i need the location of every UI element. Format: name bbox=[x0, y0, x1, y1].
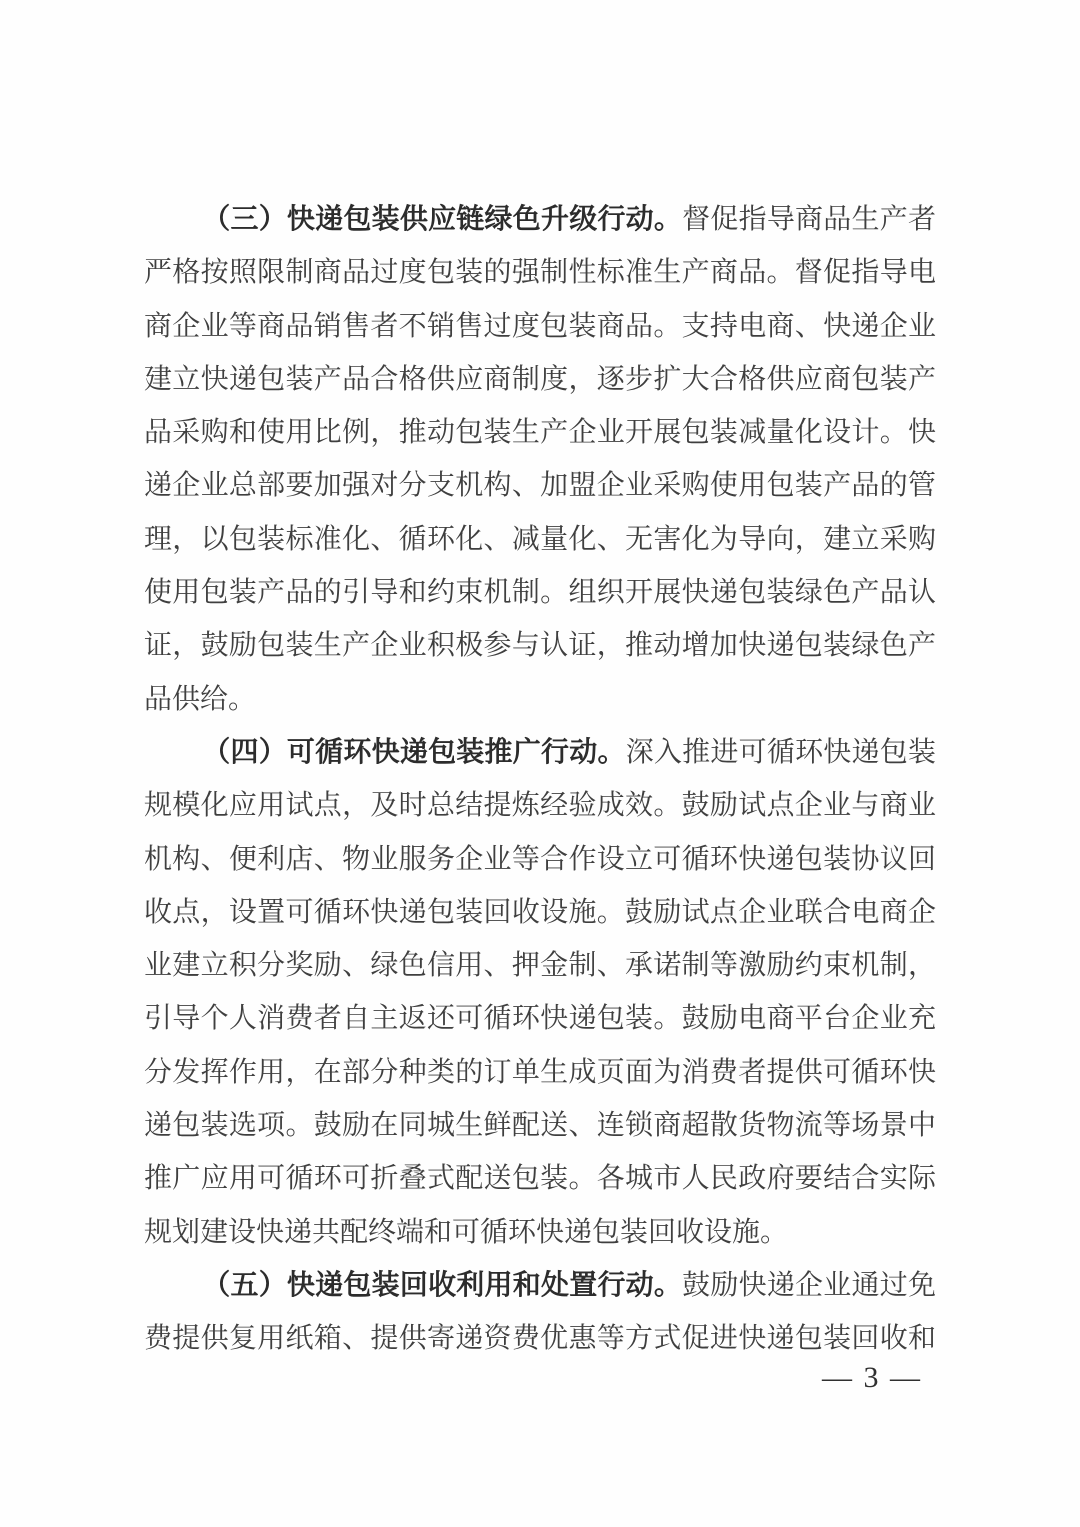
line-text: 费提供复用纸箱、提供寄递资费优惠等方式促进快递包装回收和 bbox=[144, 1323, 936, 1354]
paragraph-indent bbox=[144, 227, 202, 228]
text-line: 分发挥作用，在部分种类的订单生成页面为消费者提供可循环快 bbox=[144, 1046, 936, 1099]
paragraph-indent bbox=[144, 760, 202, 761]
line-text: 分发挥作用，在部分种类的订单生成页面为消费者提供可循环快 bbox=[144, 1057, 936, 1088]
text-line: 证，鼓励包装生产企业积极参与认证，推动增加快递包装绿色产 bbox=[144, 619, 936, 672]
line-text: 品采购和使用比例，推动包装生产企业开展包装减量化设计。快 bbox=[144, 417, 936, 448]
line-text: 严格按照限制商品过度包装的强制性标准生产商品。督促指导电 bbox=[144, 257, 936, 288]
text-line: 商企业等商品销售者不销售过度包装商品。支持电商、快递企业 bbox=[144, 300, 936, 353]
line-text: 商企业等商品销售者不销售过度包装商品。支持电商、快递企业 bbox=[144, 311, 936, 342]
text-line: 递企业总部要加强对分支机构、加盟企业采购使用包装产品的管 bbox=[144, 459, 936, 512]
page-number: — 3 — bbox=[822, 1360, 922, 1396]
text-line: 品采购和使用比例，推动包装生产企业开展包装减量化设计。快 bbox=[144, 406, 936, 459]
line-text: 递包装选项。鼓励在同城生鲜配送、连锁商超散货物流等场景中 bbox=[144, 1110, 936, 1141]
paragraph-indent bbox=[144, 1293, 202, 1294]
document-page: （三）快递包装供应链绿色升级行动。督促指导商品生产者严格按照限制商品过度包装的强… bbox=[0, 0, 1080, 1527]
text-line: 递包装选项。鼓励在同城生鲜配送、连锁商超散货物流等场景中 bbox=[144, 1099, 936, 1152]
text-line: （五）快递包装回收利用和处置行动。鼓励快递企业通过免 bbox=[144, 1259, 936, 1312]
line-text: 品供给。 bbox=[144, 684, 256, 715]
section-heading: （四）可循环快递包装推广行动。 bbox=[202, 737, 626, 768]
text-line: 建立快递包装产品合格供应商制度，逐步扩大合格供应商包装产 bbox=[144, 353, 936, 406]
line-text: 理，以包装标准化、循环化、减量化、无害化为导向，建立采购 bbox=[144, 524, 936, 555]
line-text: 使用包装产品的引导和约束机制。组织开展快递包装绿色产品认 bbox=[144, 577, 936, 608]
line-text: 递企业总部要加强对分支机构、加盟企业采购使用包装产品的管 bbox=[144, 470, 936, 501]
line-text: 深入推进可循环快递包装 bbox=[626, 737, 936, 768]
section-heading: （三）快递包装供应链绿色升级行动。 bbox=[202, 204, 682, 235]
text-line: 费提供复用纸箱、提供寄递资费优惠等方式促进快递包装回收和 bbox=[144, 1312, 936, 1365]
text-line: 品供给。 bbox=[144, 673, 936, 726]
text-line: 引导个人消费者自主返还可循环快递包装。鼓励电商平台企业充 bbox=[144, 992, 936, 1045]
text-line: （三）快递包装供应链绿色升级行动。督促指导商品生产者 bbox=[144, 193, 936, 246]
line-text: 督促指导商品生产者 bbox=[682, 204, 936, 235]
text-line: （四）可循环快递包装推广行动。深入推进可循环快递包装 bbox=[144, 726, 936, 779]
line-text: 业建立积分奖励、绿色信用、押金制、承诺制等激励约束机制， bbox=[144, 950, 936, 981]
text-line: 使用包装产品的引导和约束机制。组织开展快递包装绿色产品认 bbox=[144, 566, 936, 619]
text-line: 机构、便利店、物业服务企业等合作设立可循环快递包装协议回 bbox=[144, 833, 936, 886]
text-line: 规划建设快递共配终端和可循环快递包装回收设施。 bbox=[144, 1206, 936, 1259]
text-line: 业建立积分奖励、绿色信用、押金制、承诺制等激励约束机制， bbox=[144, 939, 936, 992]
text-line: 规模化应用试点，及时总结提炼经验成效。鼓励试点企业与商业 bbox=[144, 779, 936, 832]
document-body: （三）快递包装供应链绿色升级行动。督促指导商品生产者严格按照限制商品过度包装的强… bbox=[144, 193, 936, 1366]
text-line: 理，以包装标准化、循环化、减量化、无害化为导向，建立采购 bbox=[144, 513, 936, 566]
line-text: 鼓励快递企业通过免 bbox=[682, 1270, 936, 1301]
line-text: 规模化应用试点，及时总结提炼经验成效。鼓励试点企业与商业 bbox=[144, 790, 936, 821]
line-text: 推广应用可循环可折叠式配送包装。各城市人民政府要结合实际 bbox=[144, 1163, 936, 1194]
line-text: 证，鼓励包装生产企业积极参与认证，推动增加快递包装绿色产 bbox=[144, 630, 936, 661]
text-line: 推广应用可循环可折叠式配送包装。各城市人民政府要结合实际 bbox=[144, 1152, 936, 1205]
line-text: 规划建设快递共配终端和可循环快递包装回收设施。 bbox=[144, 1217, 788, 1248]
text-line: 严格按照限制商品过度包装的强制性标准生产商品。督促指导电 bbox=[144, 246, 936, 299]
line-text: 收点，设置可循环快递包装回收设施。鼓励试点企业联合电商企 bbox=[144, 897, 936, 928]
text-line: 收点，设置可循环快递包装回收设施。鼓励试点企业联合电商企 bbox=[144, 886, 936, 939]
line-text: 机构、便利店、物业服务企业等合作设立可循环快递包装协议回 bbox=[144, 844, 936, 875]
section-heading: （五）快递包装回收利用和处置行动。 bbox=[202, 1270, 682, 1301]
line-text: 建立快递包装产品合格供应商制度，逐步扩大合格供应商包装产 bbox=[144, 364, 936, 395]
line-text: 引导个人消费者自主返还可循环快递包装。鼓励电商平台企业充 bbox=[144, 1003, 936, 1034]
